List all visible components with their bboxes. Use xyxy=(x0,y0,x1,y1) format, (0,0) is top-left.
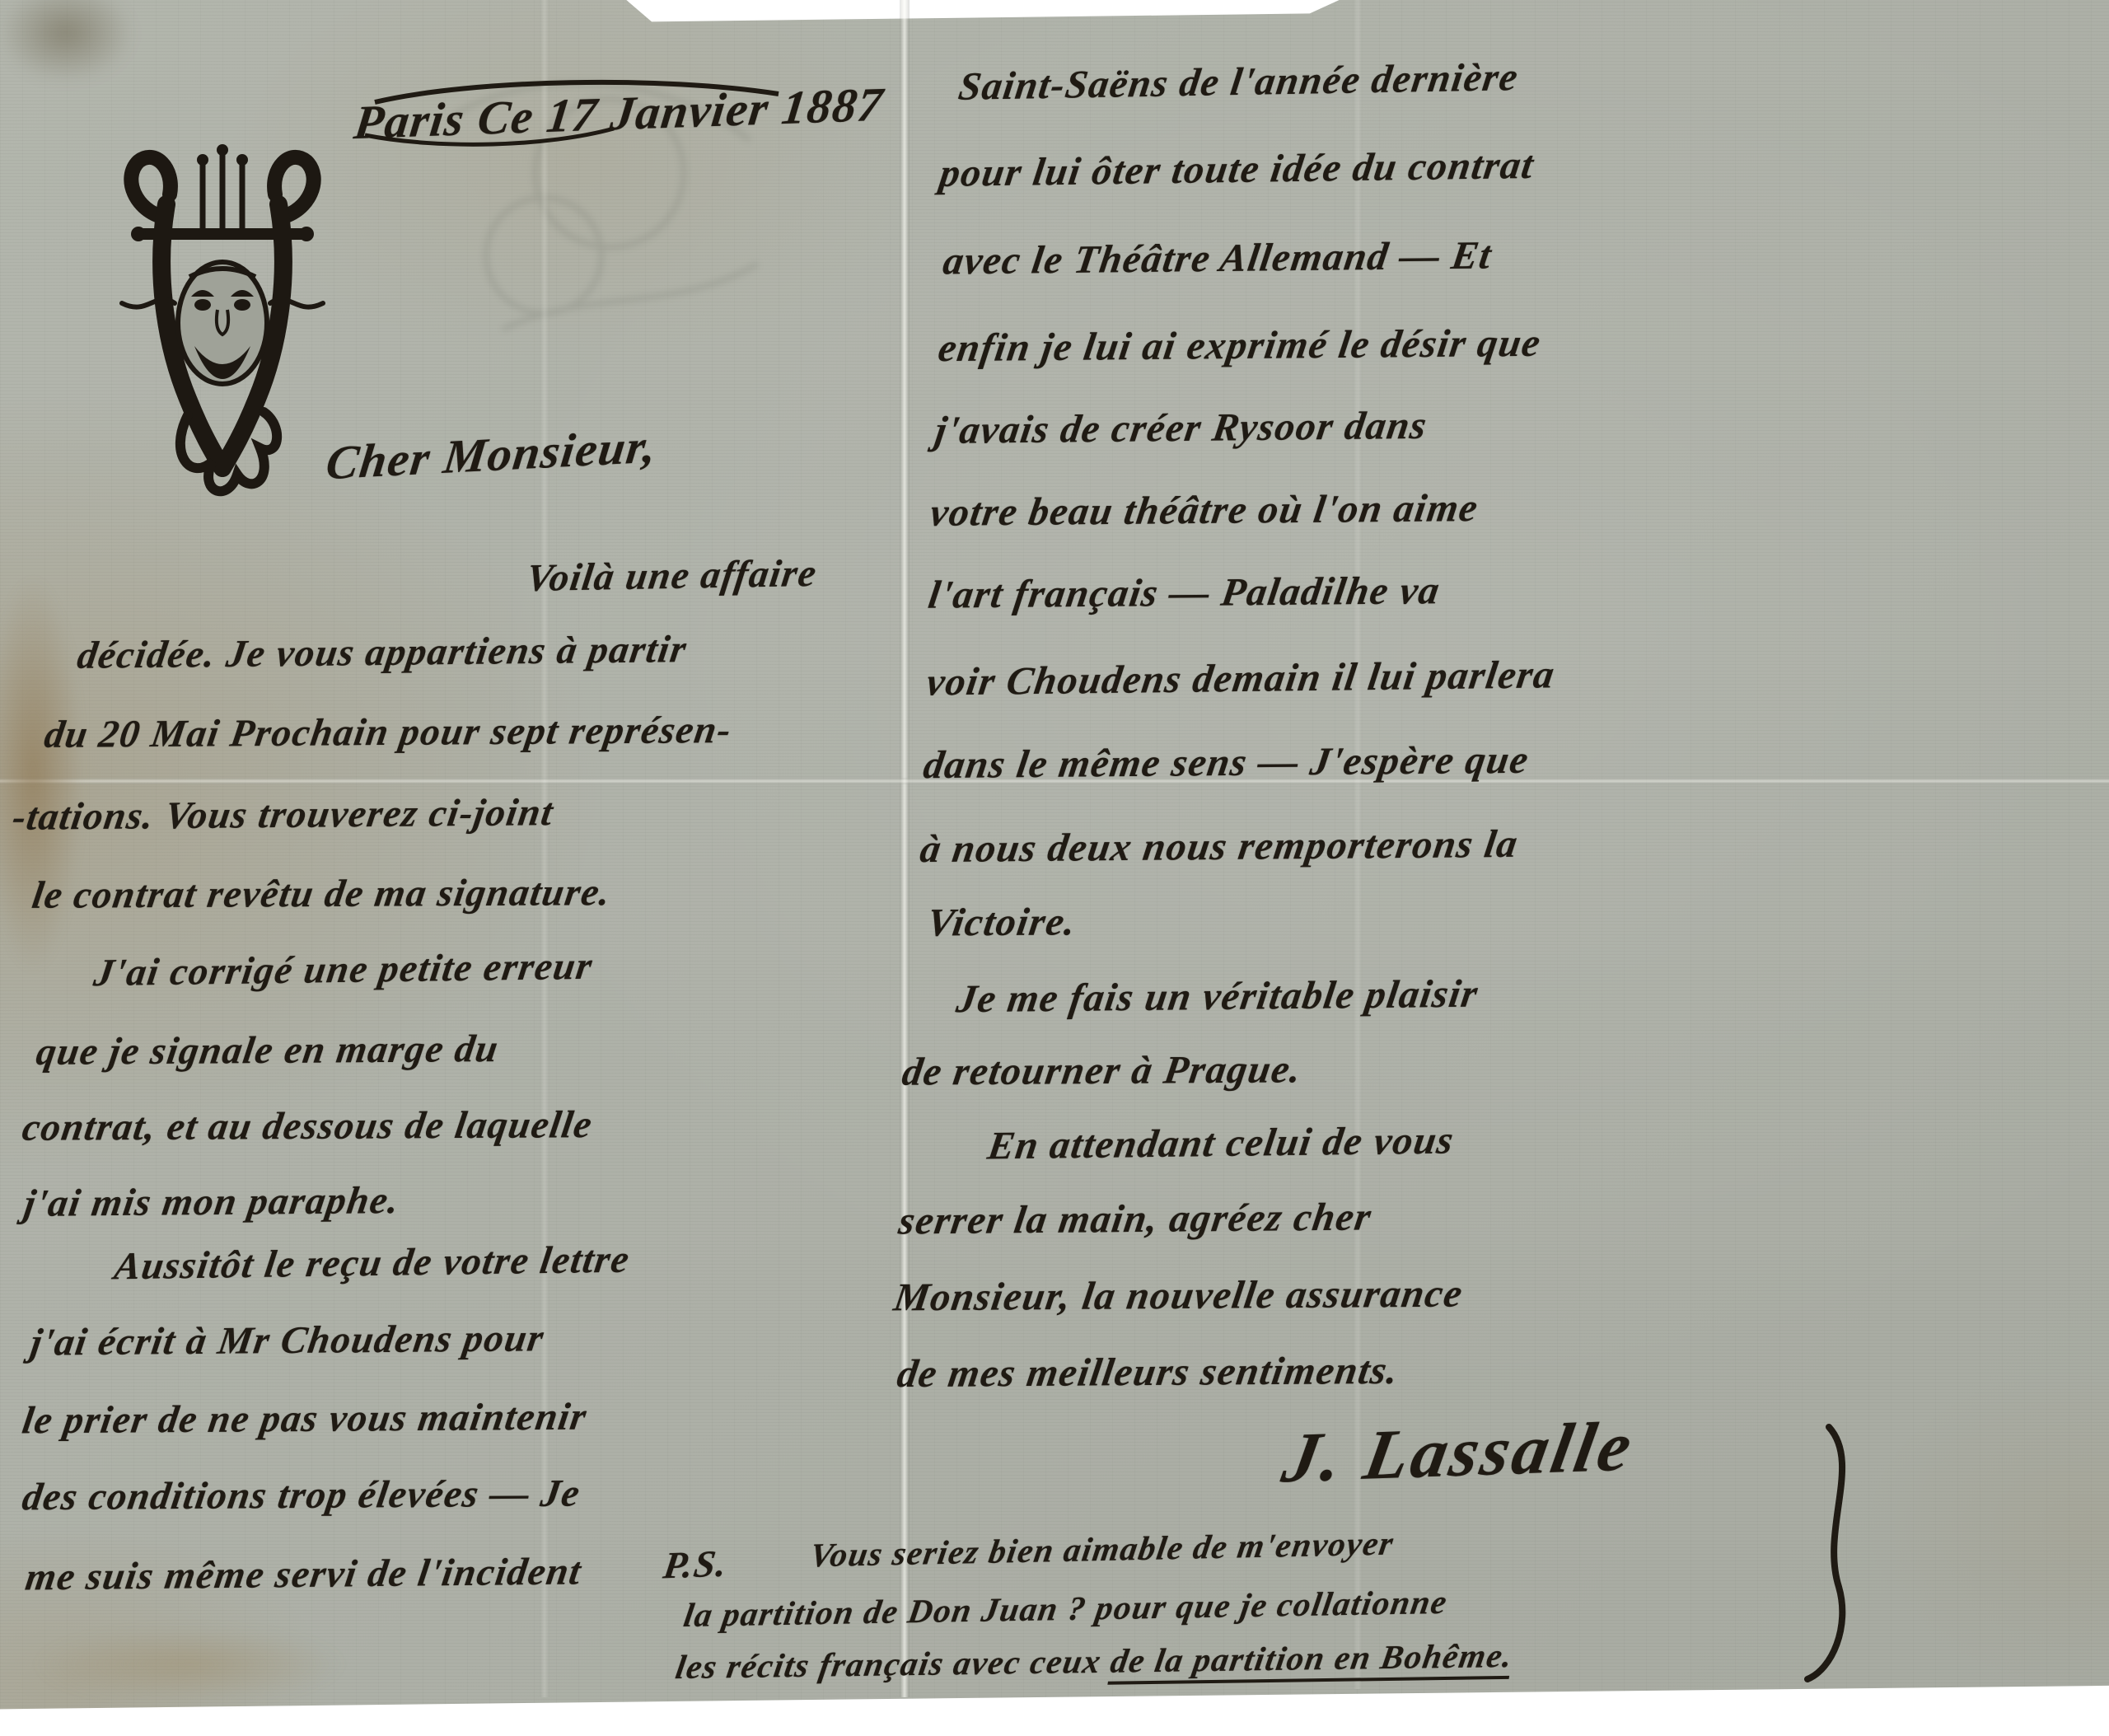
handwritten-line: avec le Théâtre Allemand — Et xyxy=(940,233,1494,284)
handwritten-line: En attendant celui de vous xyxy=(984,1118,1457,1169)
handwritten-line: décidée. Je vous appartiens à partir xyxy=(74,627,690,678)
handwritten-line: dans le même sens — J'espère que xyxy=(920,737,1531,788)
lyre-mask-emblem xyxy=(115,132,330,527)
postscript-underlined-text: de la partition en Bohême. xyxy=(1107,1636,1516,1685)
postscript-prefix: P.S. xyxy=(661,1542,731,1588)
handwritten-line: voir Choudens demain il lui parlera xyxy=(924,652,1558,704)
handwritten-line: j'ai écrit à Mr Choudens pour xyxy=(28,1316,548,1364)
signature: J. Lassalle xyxy=(1277,1405,1641,1500)
handwritten-line: Monsieur, la nouvelle assurance xyxy=(891,1271,1466,1321)
handwritten-line: Je me fais un véritable plaisir xyxy=(953,971,1481,1022)
handwritten-line: Aussitôt le reçu de votre lettre xyxy=(111,1238,633,1289)
handwritten-line: de mes meilleurs sentiments. xyxy=(895,1348,1402,1397)
handwritten-line: me suis même servi de l'incident xyxy=(22,1549,584,1599)
scanned-letter: Paris Ce 17 Janvier 1887 Cher Monsieur, … xyxy=(0,0,2109,1736)
handwritten-line: pour lui ôter toute idée du contrat xyxy=(937,143,1537,196)
handwritten-line: du 20 Mai Prochain pour sept représen- xyxy=(41,708,735,757)
postscript-text: les récits français avec ceux xyxy=(673,1642,1114,1686)
comedy-mask-icon xyxy=(178,262,267,384)
handwritten-line: serrer la main, agréez cher xyxy=(896,1195,1374,1244)
handwritten-line: Victoire. xyxy=(924,899,1080,945)
handwritten-line: enfin je lui ai exprimé le désir que xyxy=(935,321,1544,371)
handwritten-line: votre beau théâtre où l'on aime xyxy=(927,485,1481,536)
handwritten-line: que je signale en marge du xyxy=(34,1027,503,1074)
handwritten-line: des conditions trop élevées — Je xyxy=(20,1472,584,1520)
stain-left-edge xyxy=(0,511,99,1038)
handwritten-line: contrat, et au dessous de laquelle xyxy=(20,1102,596,1150)
handwritten-line: à nous deux nous remporterons la xyxy=(917,821,1521,872)
handwritten-line: le contrat revêtu de ma signature. xyxy=(30,870,615,918)
handwritten-line: Voilà une affaire xyxy=(524,551,821,601)
stain-bottom-left xyxy=(0,1615,395,1714)
handwritten-line: j'avais de créer Rysoor dans xyxy=(932,403,1430,453)
handwritten-line: l'art français — Paladilhe va xyxy=(925,568,1443,617)
signature-flourish xyxy=(1796,1414,1903,1702)
stain-top-left-corner xyxy=(0,0,157,99)
handwritten-line: le prier de ne pas vous maintenir xyxy=(20,1395,591,1444)
handwritten-line: -tations. Vous trouverez ci-joint xyxy=(10,790,557,840)
handwritten-line: de retourner à Prague. xyxy=(900,1046,1306,1094)
handwritten-line: J'ai corrigé une petite erreur xyxy=(91,944,596,995)
handwritten-line: j'ai mis mon paraphe. xyxy=(21,1178,403,1226)
